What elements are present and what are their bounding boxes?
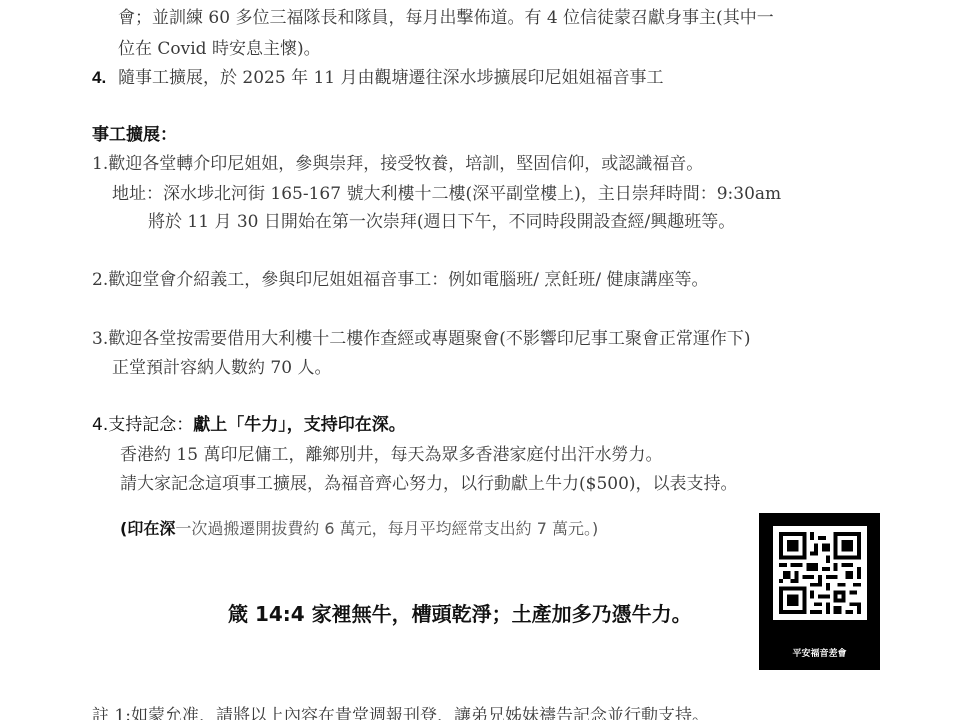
point-4-heading: 4.支持記念：獻上「牛力」，支持印在深。 <box>92 414 406 436</box>
qr-code-icon[interactable] <box>773 526 867 620</box>
history-line-1: 會；並訓練 60 多位三福隊長和隊員，每月出擊佈道。有 4 位信徒蒙召獻身事主(… <box>118 7 774 29</box>
note-bold: (印在深 <box>120 519 175 538</box>
note-text: 一次過搬遷開拔費約 6 萬元，每月平均經常支出約 7 萬元。) <box>175 519 598 538</box>
history-line-2: 位在 Covid 時安息主懷)。 <box>118 38 321 60</box>
item-number: 4. <box>92 67 118 89</box>
point-4-line-2: 請大家記念這項事工擴展，為福音齊心努力，以行動獻上牛力($500)，以表支持。 <box>120 473 738 495</box>
point-4-label: 4.支持記念： <box>92 415 193 435</box>
item-text: 隨事工擴展，於 2025 年 11 月由觀塘遷往深水埗擴展印尼姐姐福音事工 <box>118 68 664 88</box>
bible-verse: 箴 14:4 家裡無牛，槽頭乾淨；土產加多乃憑牛力。 <box>228 601 692 627</box>
point-1-address: 地址：深水埗北河街 165-167 號大利樓十二樓(深平副堂樓上)，主日崇拜時間… <box>112 183 781 205</box>
qr-caption: 平安福音差會 <box>759 646 880 659</box>
point-4-note: (印在深一次過搬遷開拔費約 6 萬元，每月平均經常支出約 7 萬元。) <box>120 518 598 540</box>
point-3-capacity: 正堂預計容納人數約 70 人。 <box>112 357 331 379</box>
qr-card[interactable]: 平安福音差會 <box>759 513 880 670</box>
point-3-text: 3.歡迎各堂按需要借用大利樓十二樓作查經或專題聚會(不影響印尼事工聚會正常運作下… <box>92 328 750 350</box>
point-4-line-1: 香港約 15 萬印尼傭工，離鄉別井，每天為眾多香港家庭付出汗水勞力。 <box>120 444 662 466</box>
point-1-start: 將於 11 月 30 日開始在第一次崇拜(週日下午，不同時段開設查經/興趣班等。 <box>148 211 735 233</box>
point-1-text: 1.歡迎各堂轉介印尼姐姐，參與崇拜，接受牧養，培訓，堅固信仰，或認識福音。 <box>92 153 703 175</box>
history-item-4: 4.隨事工擴展，於 2025 年 11 月由觀塘遷往深水埗擴展印尼姐姐福音事工 <box>92 67 664 89</box>
section-heading: 事工擴展： <box>92 124 177 146</box>
footnote: 註 1:如蒙允准，請將以上內容在貴堂週報刊登，讓弟兄姊妹禱告記念並行動支持。 <box>92 705 709 720</box>
point-4-bold: 獻上「牛力」，支持印在深。 <box>193 415 406 435</box>
point-2-text: 2.歡迎堂會介紹義工，參與印尼姐姐福音事工：例如電腦班/ 烹飪班/ 健康講座等。 <box>92 269 708 291</box>
